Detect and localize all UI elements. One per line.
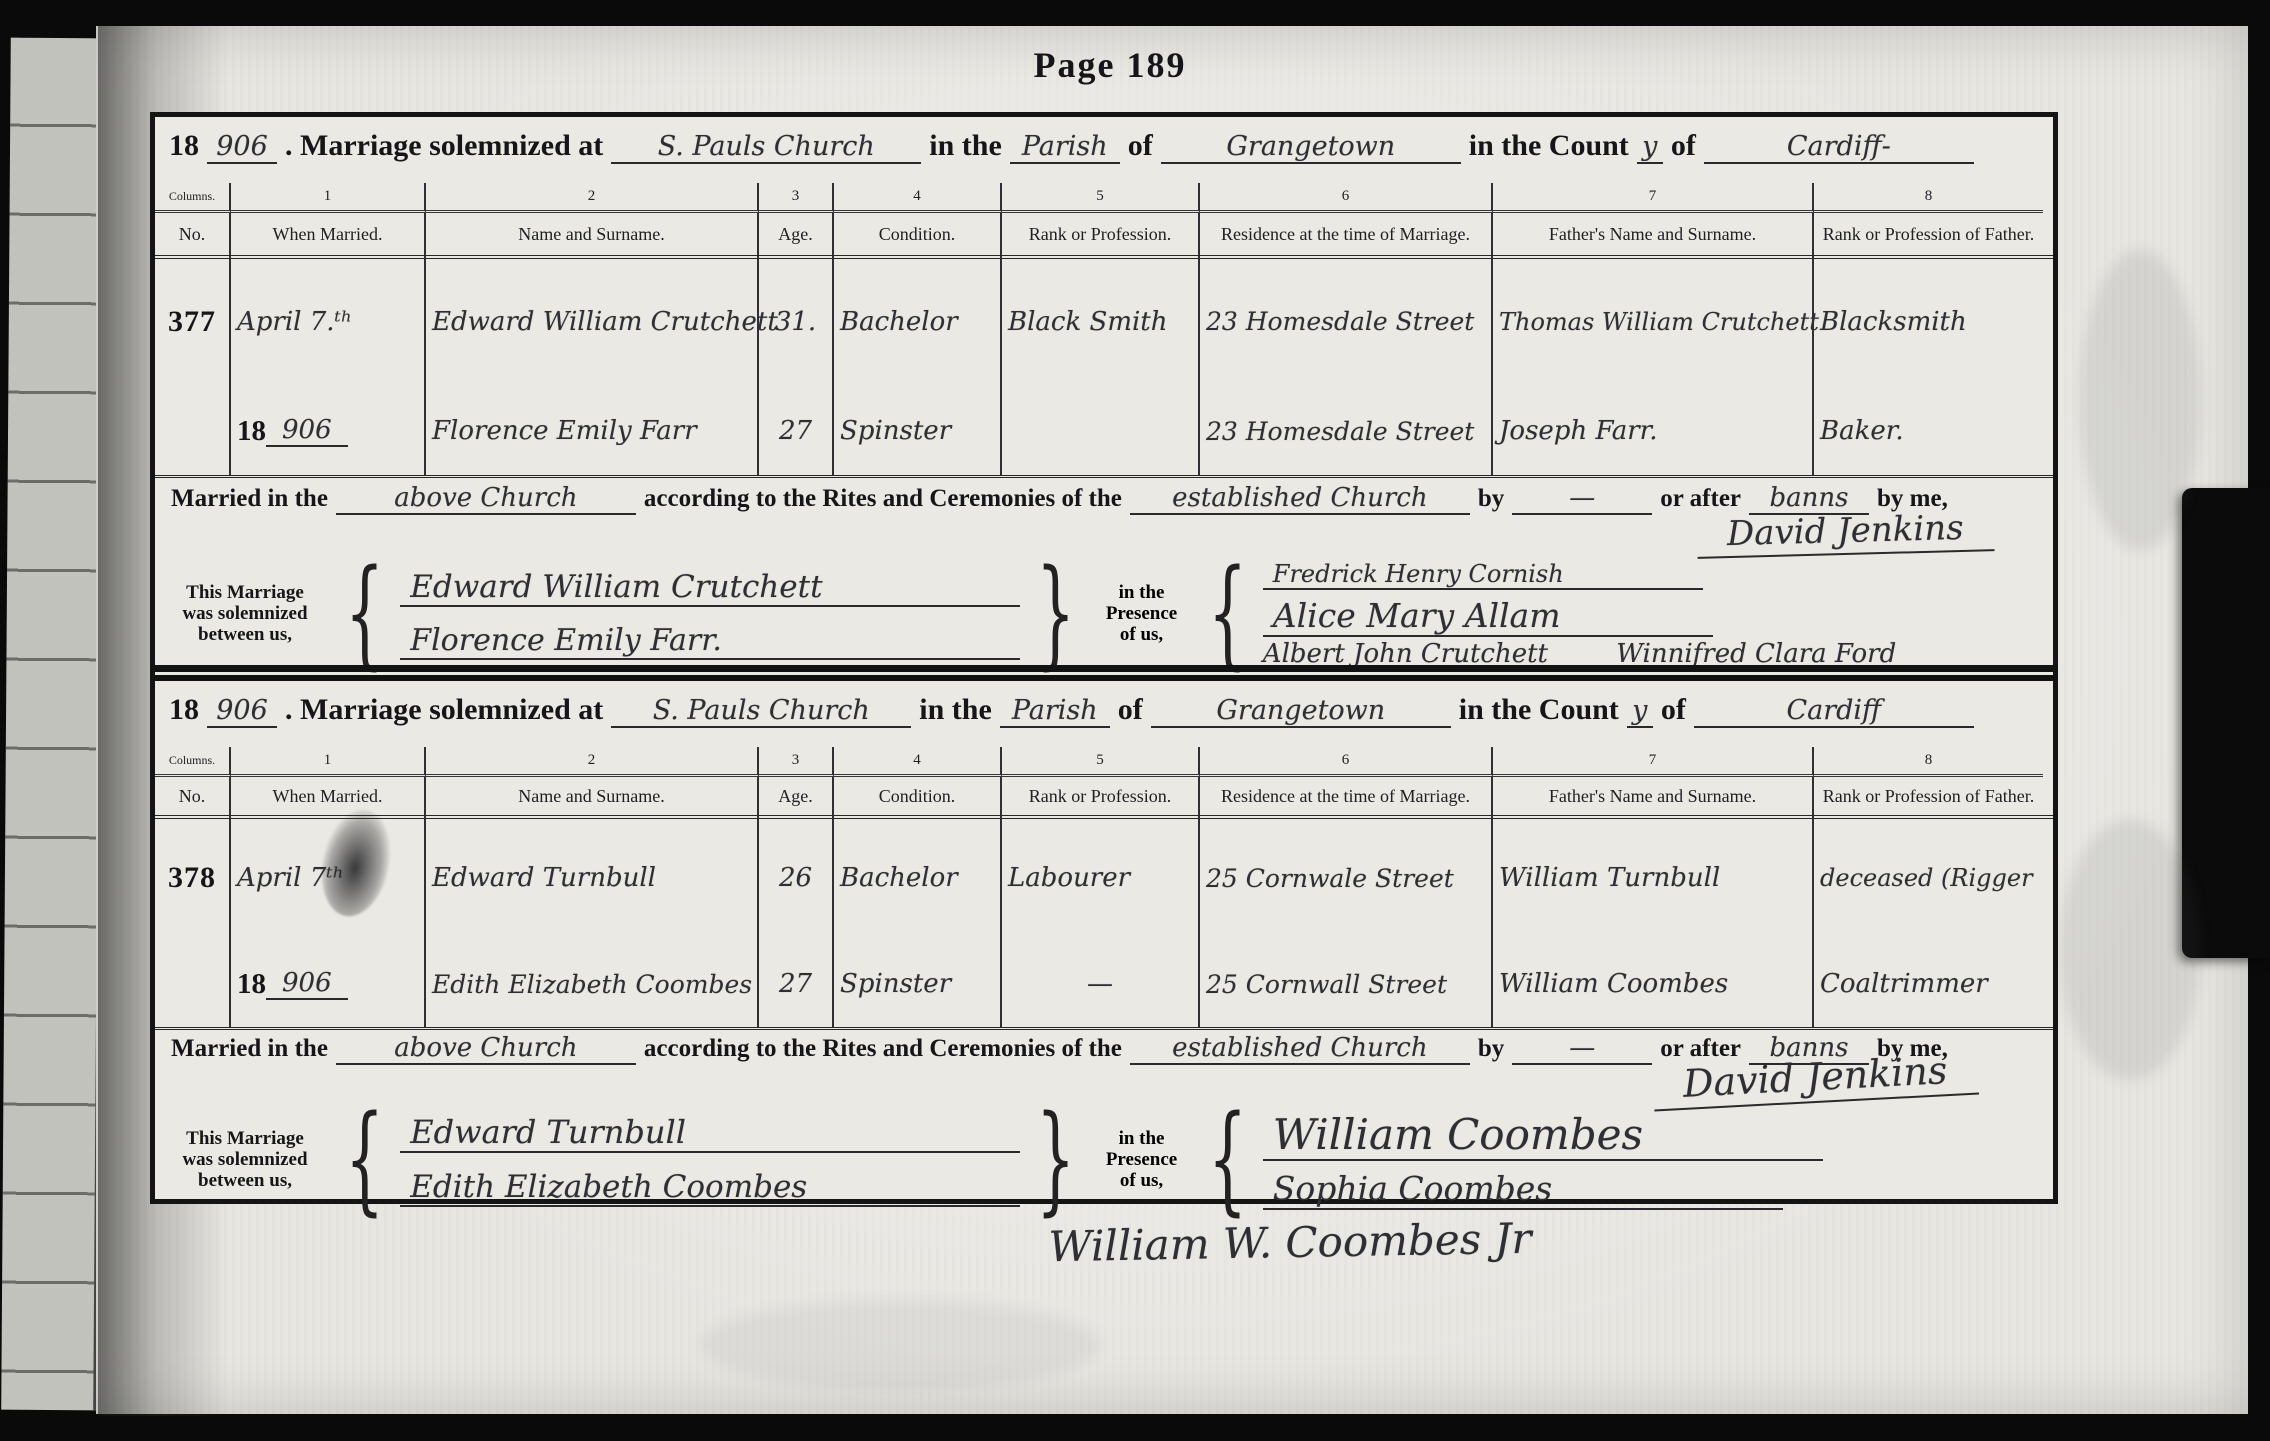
- district-name: Grangetown: [1151, 695, 1451, 728]
- married-in-value: above Church: [336, 1033, 636, 1065]
- father-value: Joseph Farr.: [1493, 387, 1814, 475]
- age-value: 27: [759, 941, 834, 1027]
- father-value: William Coombes: [1493, 941, 1814, 1027]
- col-no: No.: [155, 777, 231, 815]
- county-y: y: [1627, 695, 1653, 728]
- year-written: 906: [207, 131, 277, 164]
- officiant-signature: David Jenkins: [1652, 1047, 1979, 1112]
- father-value: Thomas William Crutchett: [1493, 256, 1814, 387]
- col-num-5: 5: [1002, 183, 1200, 213]
- couple-signatures: Edward William Crutchett Florence Emily …: [400, 567, 1020, 660]
- col-father-rank: Rank or Profession of Father.: [1814, 213, 2043, 255]
- father-rank-value: Blacksmith: [1814, 256, 2043, 387]
- of-label: of: [1118, 693, 1143, 727]
- col-num-2: 2: [426, 183, 759, 213]
- scanned-register-page: Page 189 18 906 . Marriage solemnized at…: [0, 0, 2270, 1441]
- col-name-surname: Name and Surname.: [426, 213, 759, 255]
- district-name: Grangetown: [1161, 131, 1461, 164]
- county-label: in the Count: [1469, 129, 1629, 163]
- open-brace: {: [345, 1100, 384, 1218]
- father-value: William Turnbull: [1493, 815, 1814, 941]
- age-value: 26: [759, 815, 834, 941]
- witness-signatures: Fredrick Henry Cornish Alice Mary Allam …: [1263, 558, 1883, 669]
- married-in-label: Married in the: [171, 485, 328, 513]
- witness-signature: Winnifred Clara Ford: [1616, 639, 1896, 669]
- solemnized-label: . Marriage solemnized at: [285, 129, 603, 163]
- col-residence: Residence at the time of Marriage.: [1200, 213, 1493, 255]
- col-num-1: 1: [231, 183, 426, 213]
- witness-signature: Sophia Coombes: [1263, 1167, 1783, 1210]
- ink-blot: [312, 803, 399, 922]
- record2-signatures: This Marriage was solemnized between us,…: [161, 1103, 2055, 1215]
- county-name: Cardiff: [1694, 695, 1974, 728]
- condition-value: Spinster: [834, 387, 1002, 475]
- groom-signature: Edward Turnbull: [400, 1111, 1020, 1153]
- year-printed: 18: [169, 129, 199, 163]
- record1-column-headers: Columns. 1 2 3 4 5 6 7 8 No. When Marrie…: [155, 183, 2053, 259]
- officiant-signature: David Jenkins: [1696, 507, 1994, 559]
- rites-value: established Church: [1130, 1033, 1470, 1065]
- age-value: 31.: [759, 256, 834, 387]
- presence-label: in the Presence of us,: [1092, 1128, 1192, 1191]
- entry-number: 377: [155, 256, 231, 387]
- father-rank-value: Coaltrimmer: [1814, 941, 2043, 1027]
- witness-signature: Albert John Crutchett: [1263, 639, 1548, 669]
- residence-value: 25 Cornwall Street: [1200, 941, 1493, 1027]
- in-the-label: in the: [929, 129, 1002, 163]
- column-name-row: No. When Married. Name and Surname. Age.…: [155, 777, 2053, 815]
- witness-signature: Alice Mary Allam: [1263, 594, 1713, 637]
- rites-label: according to the Rites and Ceremonies of…: [644, 1035, 1122, 1063]
- residence-value: 25 Cornwale Street: [1200, 815, 1493, 941]
- col-rank: Rank or Profession.: [1002, 777, 1200, 815]
- parish-word: Parish: [1010, 131, 1120, 164]
- open-brace: {: [1208, 1100, 1247, 1218]
- col-no: No.: [155, 213, 231, 255]
- col-condition: Condition.: [834, 777, 1002, 815]
- witness-signature-pair: Albert John Crutchett Winnifred Clara Fo…: [1263, 639, 1883, 669]
- col-father-rank: Rank or Profession of Father.: [1814, 777, 2043, 815]
- name-value: Edith Elizabeth Coombes: [426, 941, 759, 1027]
- when-married-value: 18 906: [231, 387, 426, 475]
- column-name-row: No. When Married. Name and Surname. Age.…: [155, 213, 2053, 255]
- col-rank: Rank or Profession.: [1002, 213, 1200, 255]
- of-label2: of: [1671, 129, 1696, 163]
- groom-row: 378 April 7ᵗʰ Edward Turnbull 26 Bachelo…: [155, 815, 2053, 941]
- rank-value: Labourer: [1002, 815, 1200, 941]
- col-name-surname: Name and Surname.: [426, 777, 759, 815]
- col-num-8: 8: [1814, 183, 2043, 213]
- entry-number: 378: [155, 815, 231, 941]
- age-value: 27: [759, 387, 834, 475]
- section-divider: [150, 665, 2058, 681]
- col-num-3: 3: [759, 747, 834, 777]
- witness-signature: William Coombes: [1263, 1108, 1823, 1161]
- groom-signature: Edward William Crutchett: [400, 567, 1020, 607]
- record1-entries: 377 April 7.ᵗʰ Edward William Crutchett …: [155, 256, 2053, 478]
- bride-row: 18 906 Edith Elizabeth Coombes 27 Spinst…: [155, 941, 2053, 1027]
- columns-label: Columns.: [155, 747, 231, 777]
- rites-label: according to the Rites and Ceremonies of…: [644, 485, 1122, 513]
- col-num-5: 5: [1002, 747, 1200, 777]
- by-label: by: [1478, 485, 1504, 513]
- previous-page-edge: [1, 38, 106, 1411]
- record1-header: 18 906 . Marriage solemnized at S. Pauls…: [169, 129, 2045, 164]
- col-age: Age.: [759, 777, 834, 815]
- married-in-label: Married in the: [171, 1035, 328, 1063]
- when-married-value: April 7ᵗʰ: [231, 815, 426, 941]
- col-num-4: 4: [834, 747, 1002, 777]
- col-when-married: When Married.: [231, 777, 426, 815]
- married-in-value: above Church: [336, 483, 636, 515]
- county-y: y: [1637, 131, 1663, 164]
- col-num-4: 4: [834, 183, 1002, 213]
- col-residence: Residence at the time of Marriage.: [1200, 777, 1493, 815]
- name-value: Florence Emily Farr: [426, 387, 759, 475]
- col-num-6: 6: [1200, 747, 1493, 777]
- columns-label: Columns.: [155, 183, 231, 213]
- parish-word: Parish: [1000, 695, 1110, 728]
- witness-signature: Fredrick Henry Cornish: [1263, 558, 1703, 590]
- column-number-row: Columns. 1 2 3 4 5 6 7 8: [155, 183, 2053, 213]
- col-num-7: 7: [1493, 747, 1814, 777]
- solemnized-label: This Marriage was solemnized between us,: [161, 582, 329, 645]
- by-label: by: [1478, 1035, 1504, 1063]
- bride-signature: Florence Emily Farr.: [400, 621, 1020, 660]
- father-rank-value: deceased (Rigger: [1814, 815, 2043, 941]
- condition-value: Bachelor: [834, 256, 1002, 387]
- of-label2: of: [1661, 693, 1686, 727]
- close-brace: }: [1036, 554, 1075, 672]
- in-the-label: in the: [919, 693, 992, 727]
- binding-clip: [2182, 488, 2270, 958]
- col-age: Age.: [759, 213, 834, 255]
- col-father: Father's Name and Surname.: [1493, 777, 1814, 815]
- church-name: S. Pauls Church: [611, 695, 911, 728]
- residence-value: 23 Homesdale Street: [1200, 256, 1493, 387]
- when-married-value: April 7.ᵗʰ: [231, 256, 426, 387]
- bride-row: 18 906 Florence Emily Farr 27 Spinster 2…: [155, 387, 2053, 475]
- groom-row: 377 April 7.ᵗʰ Edward William Crutchett …: [155, 256, 2053, 387]
- record2-column-headers: Columns. 1 2 3 4 5 6 7 8 No. When Marrie…: [155, 747, 2053, 819]
- couple-signatures: Edward Turnbull Edith Elizabeth Coombes: [400, 1111, 1020, 1207]
- page-number: Page 189: [950, 44, 1270, 86]
- close-brace: }: [1036, 1100, 1075, 1218]
- col-when-married: When Married.: [231, 213, 426, 255]
- solemnized-label: . Marriage solemnized at: [285, 693, 603, 727]
- condition-value: Spinster: [834, 941, 1002, 1027]
- solemnized-label: This Marriage was solemnized between us,: [161, 1128, 329, 1191]
- rites-value: established Church: [1130, 483, 1470, 515]
- open-brace: {: [345, 554, 384, 672]
- column-number-row: Columns. 1 2 3 4 5 6 7 8: [155, 747, 2053, 777]
- of-label: of: [1128, 129, 1153, 163]
- church-name: S. Pauls Church: [611, 131, 921, 164]
- record2-header: 18 906 . Marriage solemnized at S. Pauls…: [169, 693, 2045, 728]
- witness-signatures: William Coombes Sophia Coombes: [1263, 1108, 1883, 1210]
- father-rank-value: Baker.: [1814, 387, 2043, 475]
- entry-number-blank: [155, 941, 231, 1027]
- rank-value: —: [1002, 941, 1200, 1027]
- record1-officiant: David Jenkins: [1615, 511, 2075, 555]
- presence-label: in the Presence of us,: [1092, 582, 1192, 645]
- or-after-label: or after: [1660, 485, 1741, 513]
- rank-value: Black Smith: [1002, 256, 1200, 387]
- col-num-1: 1: [231, 747, 426, 777]
- county-name: Cardiff-: [1704, 131, 1974, 164]
- entry-number-blank: [155, 387, 231, 475]
- col-num-2: 2: [426, 747, 759, 777]
- name-value: Edward Turnbull: [426, 815, 759, 941]
- rank-value: [1002, 387, 1200, 475]
- col-num-3: 3: [759, 183, 834, 213]
- residence-value: 23 Homesdale Street: [1200, 387, 1493, 475]
- col-num-8: 8: [1814, 747, 2043, 777]
- col-num-7: 7: [1493, 183, 1814, 213]
- record1-signatures: This Marriage was solemnized between us,…: [161, 557, 2055, 669]
- open-brace: {: [1208, 554, 1247, 672]
- register-table: 18 906 . Marriage solemnized at S. Pauls…: [150, 112, 2058, 1204]
- year-written: 906: [207, 695, 277, 728]
- col-father: Father's Name and Surname.: [1493, 213, 1814, 255]
- record2-entries: 378 April 7ᵗʰ Edward Turnbull 26 Bachelo…: [155, 815, 2053, 1030]
- when-married-value: 18 906: [231, 941, 426, 1027]
- name-value: Edward William Crutchett: [426, 256, 759, 387]
- col-num-6: 6: [1200, 183, 1493, 213]
- county-label: in the Count: [1459, 693, 1619, 727]
- condition-value: Bachelor: [834, 815, 1002, 941]
- col-condition: Condition.: [834, 213, 1002, 255]
- bride-signature: Edith Elizabeth Coombes: [400, 1167, 1020, 1207]
- year-printed: 18: [169, 693, 199, 727]
- record2-officiant: David Jenkins: [1575, 1055, 2055, 1103]
